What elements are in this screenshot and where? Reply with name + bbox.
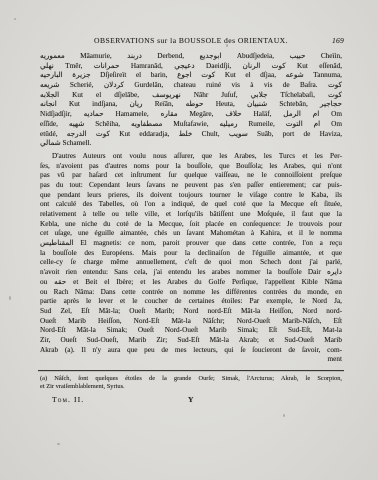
text-line: ſes, n'avoient pas d'autres noms pour la… <box>40 162 342 172</box>
text-line: شريعه Scherié, كردلان Gurdelân, chateau … <box>40 81 342 91</box>
page-number: 169 <box>332 36 344 45</box>
text-line: نهلي Tmêr, حمرانات Hamranâd, دعيجي Daeid… <box>40 62 342 72</box>
signature-mark: Y <box>40 395 342 404</box>
text-line: la bouſſole des Européens. Mais pour la … <box>40 249 342 259</box>
text-line: Sud Zel, Eſt Mât-la; Oueſt Marib; Nord n… <box>40 307 342 317</box>
text-line: Oueſt Marib Heiſſon, Nord-Eſt Mât-la Nâſ… <box>40 317 342 327</box>
text-line: que pendant leurs prieres, ils doivent t… <box>40 191 342 201</box>
text-line: شمالي Schamell. <box>40 139 342 149</box>
text-line: D'autres Auteurs ont voulu nous aſſurer,… <box>40 152 342 162</box>
text-line: n'avoit rien entendu: Sans cela, j'ai en… <box>40 268 342 278</box>
scan-speck <box>283 414 285 417</box>
text-line: Nord-Eſt Mât-la Simak; Oueſt Nord-Oueſt … <box>40 326 342 336</box>
text-line: celle-cy ſe charge même annuellement, c'… <box>40 258 342 268</box>
footnote-divider-rule <box>38 370 344 371</box>
running-head: OBSERVATIONS sur la BOUSSOLE des ORIENTA… <box>40 36 342 45</box>
text-line: pas vû par haſard cet inſtrument ſur que… <box>40 171 342 181</box>
place-name-list-paragraph: معموريه Mâamurie, دربند Derbend, ابوجديع… <box>40 52 342 149</box>
page-title: OBSERVATIONS sur la BOUSSOLE des ORIENTA… <box>94 36 288 45</box>
text-line: pas du tout: Cependant leurs ſavans ne p… <box>40 181 342 191</box>
text-line: partie après le lever et le coucher de c… <box>40 297 342 307</box>
text-line: ont calculé des Tabelles, où l'on a indi… <box>40 200 342 210</box>
text-line: معموريه Mâamurie, دربند Derbend, ابوجديع… <box>40 52 342 62</box>
scan-speck <box>14 18 16 20</box>
catchword: ment <box>40 355 342 365</box>
text-line: Akrab (a). Il n'y aura que peu de mes le… <box>40 346 342 356</box>
text-line: جزيرة البارحيه Dſjeſireït el barin, كوت … <box>40 71 342 81</box>
text-line: المقناطيس El magnetis: ce nom, paroit pr… <box>40 239 342 249</box>
page-footer: Tom. II. Y <box>40 395 342 407</box>
main-paragraph: D'autres Auteurs ont voulu nous aſſurer,… <box>40 152 342 355</box>
text-column: OBSERVATIONS sur la BOUSSOLE des ORIENTA… <box>40 36 342 407</box>
text-line: Zir, Oueſt Sud-Oueſt, Marib Zir; Sud-Eſt… <box>40 336 342 346</box>
text-line: cet uſage, une éguille aimantée, chés un… <box>40 229 342 239</box>
scan-speck <box>9 296 11 300</box>
text-line: ou حقه et Beit el Ibère; et les Arabes d… <box>40 278 342 288</box>
text-line: etûdé, كوت الدرجه Kut eddaradja, خلط Chu… <box>40 130 342 140</box>
text-line: انجانه Kut indſjana, ريان Reïân, حوطه He… <box>40 100 342 110</box>
text-line: Kebla, une niche du coté de la Mecque, ſ… <box>40 220 342 230</box>
scanned-book-page: OBSERVATIONS sur la BOUSSOLE des ORIENTA… <box>0 0 378 480</box>
text-line: (a) Nâſch, ſont quelques étoiles de la g… <box>40 375 342 383</box>
text-line: et Zir vraiſemblablement, Syrius. <box>40 383 342 391</box>
text-line: الجلابه Kut el dſjelâbe, نهريوسف Nâhr Ju… <box>40 91 342 101</box>
text-line: eſſîde, شهيه Schêiha, مصطفاويه Muſtafawi… <box>40 120 342 130</box>
scan-speck <box>57 443 60 445</box>
text-line: ou Rach Nâma: Dans cette contrée on nomm… <box>40 288 342 298</box>
footnote: (a) Nâſch, ſont quelques étoiles de la g… <box>40 375 342 391</box>
text-line: Nidſjadſjir, حماديه Hamamele, مقاره Megâ… <box>40 110 342 120</box>
text-line: relativement à telle ou telle ville, et … <box>40 210 342 220</box>
